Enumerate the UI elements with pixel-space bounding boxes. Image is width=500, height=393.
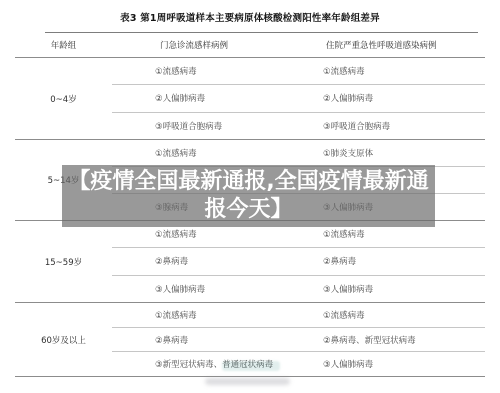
cell-outpatient: ③新型冠状病毒、普通冠状病毒 — [112, 358, 310, 370]
cell-outpatient: ①流感病毒 — [112, 65, 310, 77]
watermark-remnant — [222, 361, 280, 371]
table-row: ①流感病毒 ①流感病毒 — [112, 303, 485, 328]
cell-inpatient: ②鼻病毒、新型冠状病毒 — [310, 334, 485, 346]
table-row: ③人偏肺病毒 ③人偏肺病毒 — [112, 276, 485, 302]
table-header-row: 年龄组 门急诊流感样病例 住院严重急性呼吸道感染病例 — [15, 32, 485, 58]
table-row: ①流感病毒 ①肺炎支原体 — [112, 140, 485, 167]
table-row: ②鼻病毒 ②鼻病毒 — [112, 248, 485, 275]
cell-outpatient: ①流感病毒 — [112, 228, 310, 240]
watermark-text: 【疫情全国最新通报,全国疫情最新通报今天】 — [63, 168, 435, 224]
table-row: ②鼻病毒 ②鼻病毒、新型冠状病毒 — [112, 328, 485, 353]
age-group-label: 0~4岁 — [15, 58, 112, 139]
cell-outpatient: ②鼻病毒 — [112, 334, 310, 346]
age-group-label: 60岁及以上 — [15, 303, 112, 376]
cell-inpatient: ②鼻病毒 — [310, 255, 485, 267]
header-outpatient-ili-cases: 门急诊流感样病例 — [112, 39, 310, 51]
cell-outpatient: ②人偏肺病毒 — [112, 92, 310, 104]
table-title: 表3 第1周呼吸道样本主要病原体核酸检测阳性率年龄组差异 — [0, 10, 500, 24]
page-root: 表3 第1周呼吸道样本主要病原体核酸检测阳性率年龄组差异 年龄组 门急诊流感样病… — [0, 0, 500, 393]
cell-inpatient: ②人偏肺病毒 — [310, 92, 485, 104]
group-rows: ①流感病毒 ①流感病毒 ②人偏肺病毒 ②人偏肺病毒 ③呼吸道合胞病毒 ③呼吸道合… — [112, 58, 485, 139]
cell-inpatient: ①流感病毒 — [310, 309, 485, 321]
group-rows: ①流感病毒 ①流感病毒 ②鼻病毒 ②鼻病毒 ③人偏肺病毒 ③人偏肺病毒 — [112, 221, 485, 302]
cell-outpatient: ①流感病毒 — [112, 147, 310, 159]
cell-inpatient: ①肺炎支原体 — [310, 147, 485, 159]
table-row: ①流感病毒 ①流感病毒 — [112, 58, 485, 85]
table-row: ③呼吸道合胞病毒 ③呼吸道合胞病毒 — [112, 113, 485, 139]
cell-inpatient: ①流感病毒 — [310, 65, 485, 77]
watermark-banner: 【疫情全国最新通报,全国疫情最新通报今天】 — [62, 165, 435, 227]
cell-inpatient: ③人偏肺病毒 — [310, 358, 485, 370]
cell-outpatient: ②鼻病毒 — [112, 255, 310, 267]
table-row: ②人偏肺病毒 ②人偏肺病毒 — [112, 85, 485, 112]
age-group-section-0-4: 0~4岁 ①流感病毒 ①流感病毒 ②人偏肺病毒 ②人偏肺病毒 ③呼吸道合胞病毒 … — [15, 58, 485, 140]
cell-inpatient: ③呼吸道合胞病毒 — [310, 120, 485, 132]
header-hospitalized-sari-cases: 住院严重急性呼吸道感染病例 — [310, 39, 485, 51]
group-rows: ①流感病毒 ①流感病毒 ②鼻病毒 ②鼻病毒、新型冠状病毒 ③新型冠状病毒、普通冠… — [112, 303, 485, 376]
cell-inpatient: ①流感病毒 — [310, 228, 485, 240]
table-row: ③新型冠状病毒、普通冠状病毒 ③人偏肺病毒 — [112, 352, 485, 376]
cell-inpatient: ③人偏肺病毒 — [310, 283, 485, 295]
cell-outpatient: ①流感病毒 — [112, 309, 310, 321]
watermark-remnant — [205, 378, 290, 385]
age-group-label: 15~59岁 — [15, 221, 112, 302]
age-group-section-15-59: 15~59岁 ①流感病毒 ①流感病毒 ②鼻病毒 ②鼻病毒 ③人偏肺病毒 ③人偏肺… — [15, 221, 485, 303]
cell-outpatient: ③呼吸道合胞病毒 — [112, 120, 310, 132]
cell-outpatient: ③人偏肺病毒 — [112, 283, 310, 295]
header-age-group: 年龄组 — [15, 39, 112, 51]
